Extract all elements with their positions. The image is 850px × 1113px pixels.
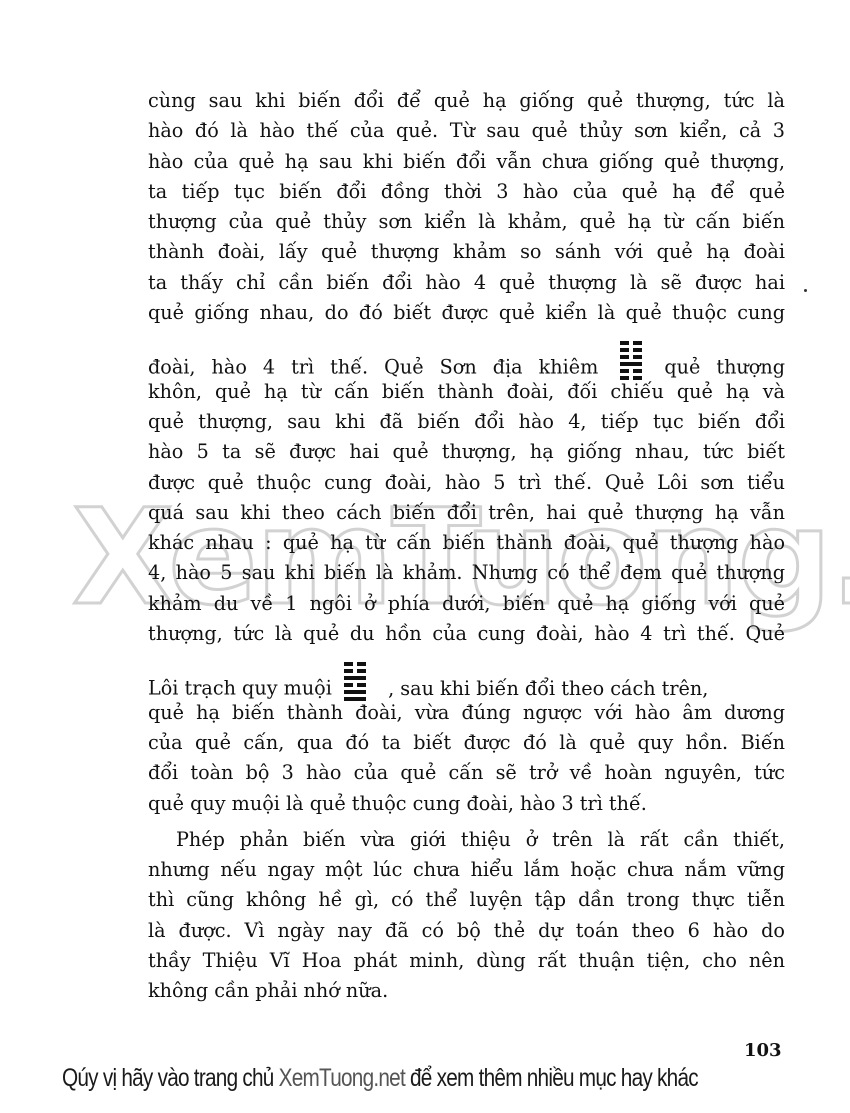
text-line: thành đoài, lấy quẻ thượng khảm so sánh … — [148, 237, 785, 267]
yang-line — [344, 697, 366, 701]
yang-line — [344, 690, 366, 694]
text-line: khác nhau : quẻ hạ từ cấn biến thành đoà… — [148, 528, 785, 558]
text-line: nhưng nếu ngay một lúc chưa hiểu lắm hoặ… — [148, 855, 785, 885]
yang-line — [620, 362, 642, 366]
text-line: quẻ thượng, sau khi đã biến đổi hào 4, t… — [148, 407, 785, 437]
hexagram-loi-trach-quy-muoi-icon — [344, 659, 366, 704]
text-fragment: quẻ thượng — [664, 356, 785, 379]
text-fragment: đoài, hào 4 trì thế. Quẻ Sơn địa khiêm — [148, 356, 598, 379]
text-line: thầy Thiệu Vĩ Hoa phát minh, dùng rất th… — [148, 946, 785, 976]
hexagram-son-dia-khiem-icon — [620, 338, 642, 383]
body-text: cùng sau khi biến đổi để quẻ hạ giống qu… — [148, 86, 785, 1007]
text-line: khôn, quẻ hạ từ cấn biến thành đoài, đối… — [148, 377, 785, 407]
text-line: không cần phải nhớ nữa. — [148, 976, 785, 1006]
page-number: 103 — [744, 1040, 782, 1061]
text-line: hào của quẻ hạ sau khi biến đổi vẫn chưa… — [148, 147, 785, 177]
yin-line — [620, 355, 642, 359]
text-line: quẻ giống nhau, do đó biết được quẻ kiển… — [148, 298, 785, 328]
yin-line — [620, 376, 642, 380]
text-line: quá sau khi theo cách biến đổi trên, hai… — [148, 498, 785, 528]
footer-text: để xem thêm nhiều mục hay khác — [405, 1064, 698, 1092]
text-line: hào đó là hào thế của quẻ. Từ sau quẻ th… — [148, 116, 785, 146]
stray-mark — [804, 289, 807, 292]
text-line: cùng sau khi biến đổi để quẻ hạ giống qu… — [148, 86, 785, 116]
yin-line — [620, 341, 642, 345]
text-fragment: , sau khi biến đổi theo cách trên, — [388, 677, 708, 700]
text-fragment: Lôi trạch quy muội — [148, 677, 332, 700]
footer-promo: Qúy vị hãy vào trang chủ XemTuong.net để… — [62, 1064, 676, 1093]
text-line-with-hexagram: đoài, hào 4 trì thế. Quẻ Sơn địa khiêm q… — [148, 346, 785, 376]
yang-line — [344, 676, 366, 680]
text-line: thượng, tức là quẻ du hồn của cung đoài,… — [148, 619, 785, 649]
text-line: đổi toàn bộ 3 hào của quẻ cấn sẽ trở về … — [148, 758, 785, 788]
text-line: 4, hào 5 sau khi biến là khảm. Nhưng có … — [148, 558, 785, 588]
text-line: ta tiếp tục biến đổi đồng thời 3 hào của… — [148, 177, 785, 207]
book-page: XemTuong.net cùng sau khi biến đổi để qu… — [0, 0, 850, 1113]
yin-line — [620, 348, 642, 352]
text-line: là được. Vì ngày nay đã có bộ thẻ dự toá… — [148, 916, 785, 946]
text-line: khảm du về 1 ngôi ở phía dưới, biến quẻ … — [148, 589, 785, 619]
yin-line — [620, 369, 642, 373]
yin-line — [344, 683, 366, 687]
text-line: của quẻ cấn, qua đó ta biết được đó là q… — [148, 728, 785, 758]
yin-line — [344, 669, 366, 673]
text-line: thì cũng không hề gì, có thể luyện tập d… — [148, 885, 785, 915]
text-line: được quẻ thuộc cung đoài, hào 5 trì thế.… — [148, 468, 785, 498]
text-line: thượng của quẻ thủy sơn kiển là khảm, qu… — [148, 207, 785, 237]
text-line-with-hexagram: Lôi trạch quy muội , sau khi biến đổi th… — [148, 667, 785, 697]
text-line: hào 5 ta sẽ được hai quẻ thượng, hạ giốn… — [148, 437, 785, 467]
yin-line — [344, 662, 366, 666]
text-line: quẻ hạ biến thành đoài, vừa đúng ngược v… — [148, 698, 785, 728]
footer-site-link[interactable]: XemTuong.net — [279, 1064, 405, 1092]
text-line: quẻ quy muội là quẻ thuộc cung đoài, hào… — [148, 789, 785, 819]
text-line: ta thấy chỉ cần biến đổi hào 4 quẻ thượn… — [148, 268, 785, 298]
text-line: Phép phản biến vừa giới thiệu ở trên là … — [148, 825, 785, 855]
footer-text: Qúy vị hãy vào trang chủ — [62, 1064, 279, 1092]
